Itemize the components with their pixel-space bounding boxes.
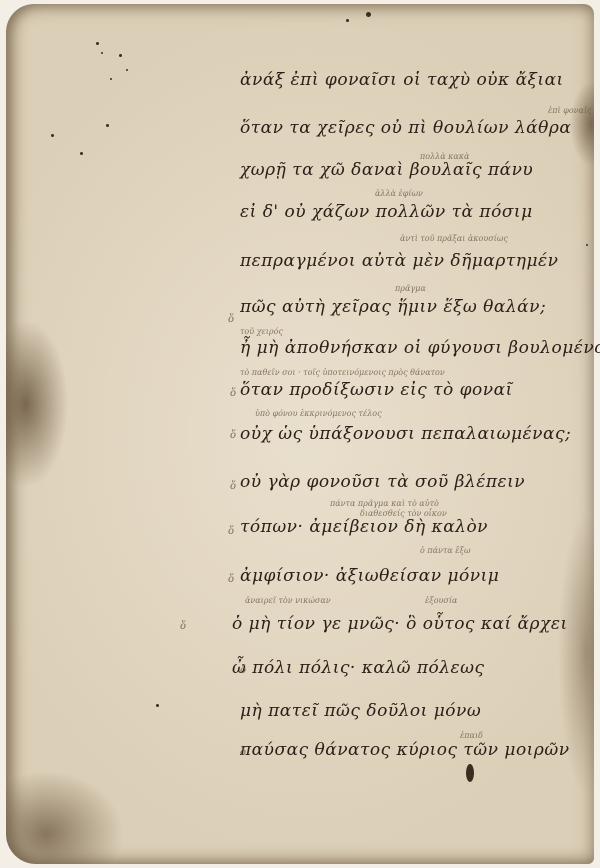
interlinear-gloss: πολλὰ κακὰ: [420, 152, 469, 161]
manuscript-line: πῶς αὐτὴ χεῖρας ἥμιν ἕξω θαλάν;: [240, 297, 546, 317]
ink-speck: [51, 134, 54, 137]
interlinear-gloss: ἀλλὰ ἐφίων: [375, 189, 423, 198]
margin-mark: ὅ: [230, 481, 236, 492]
manuscript-page: ἀνάξ ἐπὶ φοναῖσι οἱ ταχὺ οὐκ ἄξιαιὅταν τ…: [6, 4, 594, 864]
interlinear-gloss: ἐπαιδ: [460, 731, 483, 740]
manuscript-line: τόπων· ἀμείβειον δὴ καλὸν: [240, 517, 488, 537]
ink-speck: [466, 764, 474, 782]
margin-mark: ὅ: [240, 747, 246, 758]
manuscript-line: ὁ μὴ τίον γε μνῶς· ὃ οὗτος καί ἄρχει: [232, 614, 568, 634]
interlinear-gloss: τὸ παθεῖν σοι · τοῖς ὑποτεινόμενοις πρὸς…: [240, 368, 445, 377]
interlinear-gloss: ἐπὶ φοναῖς: [548, 106, 592, 115]
manuscript-line: πεπραγμένοι αὐτὰ μὲν δῆμαρτημέν: [240, 251, 558, 271]
margin-mark: ὅ: [230, 388, 236, 399]
interlinear-gloss: τοῦ χειρός: [240, 327, 283, 336]
margin-mark: ὅ: [228, 526, 234, 537]
interlinear-gloss: πρᾶγμα: [395, 284, 426, 293]
ink-speck: [80, 152, 83, 155]
interlinear-gloss: ὑπὸ φόνου ἐκκρινόμενος τέλος: [255, 409, 382, 418]
manuscript-line: χωρῇ τα χῶ δαναὶ βουλαῖς πάνυ: [240, 160, 533, 180]
margin-mark: ὅ: [240, 665, 246, 676]
interlinear-gloss: ὁ πάντα ἔξω: [420, 546, 470, 555]
ink-speck: [101, 52, 103, 54]
margin-mark: ὅ: [230, 430, 236, 441]
interlinear-gloss: πάντα πρᾶγμα καὶ τὸ αὐτὸ: [330, 499, 439, 508]
manuscript-line: ἀνάξ ἐπὶ φοναῖσι οἱ ταχὺ οὐκ ἄξιαι: [240, 70, 564, 90]
margin-mark: ὅ: [228, 574, 234, 585]
interlinear-gloss: ἐξουσία: [425, 596, 457, 605]
interlinear-gloss: ἀντὶ τοῦ πρᾶξαι ἀκουσίως: [400, 234, 508, 243]
manuscript-line: ὅταν προδίξωσιν εἰς τὸ φοναῖ: [240, 380, 513, 400]
ink-speck: [110, 78, 112, 80]
manuscript-line: ἀμφίσιον· ἀξιωθείσαν μόνιμ: [240, 566, 499, 586]
margin-mark: ὅ: [228, 314, 234, 325]
manuscript-line: ὦ πόλι πόλις· καλῶ πόλεως: [232, 658, 485, 678]
margin-mark: ὅ: [180, 621, 186, 632]
ink-speck: [106, 124, 109, 127]
manuscript-line: εἰ δ' οὐ χάζων πολλῶν τὰ πόσιμ: [240, 202, 533, 222]
manuscript-line: οὐχ ὡς ὑπάξονουσι πεπαλαιωμένας;: [240, 424, 571, 444]
manuscript-line: μὴ πατεῖ πῶς δοῦλοι μόνω: [240, 701, 481, 721]
ink-speck: [366, 12, 371, 17]
interlinear-gloss: διαθεσθείς τὸν οἶκον: [360, 509, 447, 518]
manuscript-line: ἦ μὴ ἀποθνήσκαν οἱ φύγουσι βουλομένοι: [240, 338, 600, 358]
ink-speck: [156, 704, 159, 707]
ink-speck: [126, 69, 128, 71]
ink-speck: [586, 244, 588, 246]
ink-speck: [96, 42, 99, 45]
manuscript-line: οὐ γὰρ φονοῦσι τὰ σοῦ βλέπειν: [240, 472, 525, 492]
ink-speck: [119, 54, 122, 57]
manuscript-line: παύσας θάνατος κύριος τῶν μοιρῶν: [240, 740, 570, 760]
interlinear-gloss: ἀναιρεῖ τὸν νικώσαν: [245, 596, 331, 605]
manuscript-line: ὅταν τα χεῖρες οὐ πὶ θουλίων λάθρα: [240, 118, 571, 138]
ink-speck: [346, 19, 349, 22]
